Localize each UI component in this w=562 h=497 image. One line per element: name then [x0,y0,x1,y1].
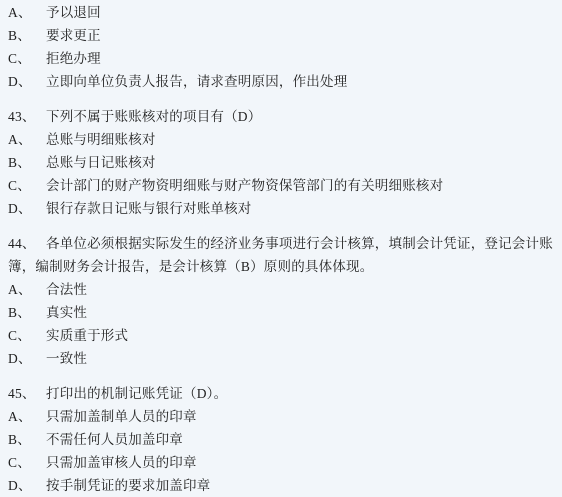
option-text: 总账与明细账核对 [46,132,156,147]
option-label: C、 [8,174,46,197]
question-number: 43、 [8,105,46,128]
option-line: B、总账与日记账核对 [8,151,554,174]
option-line: D、一致性 [8,347,554,370]
option-label: A、 [8,128,46,151]
option-text: 会计部门的财产物资明细账与财产物资保管部门的有关明细账核对 [46,178,443,193]
question-line: 45、打印出的机制记账凭证（D）。 [8,382,554,405]
option-line: A、只需加盖制单人员的印章 [8,405,554,428]
option-text: 总账与日记账核对 [46,155,156,170]
option-label: C、 [8,47,46,70]
option-label: A、 [8,405,46,428]
option-text: 只需加盖审核人员的印章 [46,455,197,470]
option-line: A、合法性 [8,278,554,301]
option-label: B、 [8,24,46,47]
option-label: B、 [8,428,46,451]
option-line: A、予以退回 [8,1,554,24]
option-line: D、按手制凭证的要求加盖印章 [8,474,554,497]
question-text: 各单位必须根据实际发生的经济业务事项进行会计核算，填制会计凭证，登记会计账 簿，… [8,236,553,274]
option-line: C、拒绝办理 [8,47,554,70]
option-line: B、要求更正 [8,24,554,47]
option-text: 立即向单位负责人报告，请求查明原因，作出处理 [46,74,347,89]
exam-document-page: A、予以退回 B、要求更正 C、拒绝办理 D、立即向单位负责人报告，请求查明原因… [0,0,562,497]
option-label: A、 [8,1,46,24]
question-43-block: 43、下列不属于账账核对的项目有（D） A、总账与明细账核对 B、总账与日记账核… [8,105,554,220]
option-text: 实质重于形式 [46,328,128,343]
question-line: 43、下列不属于账账核对的项目有（D） [8,105,554,128]
option-label: C、 [8,324,46,347]
option-text: 不需任何人员加盖印章 [46,432,183,447]
question-number: 44、 [8,232,46,255]
option-label: D、 [8,347,46,370]
option-line: D、银行存款日记账与银行对账单核对 [8,197,554,220]
option-line: A、总账与明细账核对 [8,128,554,151]
option-text: 只需加盖制单人员的印章 [46,409,197,424]
question-number: 45、 [8,382,46,405]
option-label: D、 [8,70,46,93]
option-line: C、实质重于形式 [8,324,554,347]
option-label: B、 [8,151,46,174]
question-42-options-block: A、予以退回 B、要求更正 C、拒绝办理 D、立即向单位负责人报告，请求查明原因… [8,1,554,93]
option-text: 予以退回 [46,5,101,20]
option-text: 合法性 [46,282,87,297]
option-text: 真实性 [46,305,87,320]
question-45-block: 45、打印出的机制记账凭证（D）。 A、只需加盖制单人员的印章 B、不需任何人员… [8,382,554,497]
option-label: B、 [8,301,46,324]
option-label: C、 [8,451,46,474]
question-44-block: 44、各单位必须根据实际发生的经济业务事项进行会计核算，填制会计凭证，登记会计账… [8,232,554,370]
option-label: D、 [8,197,46,220]
option-label: D、 [8,474,46,497]
option-label: A、 [8,278,46,301]
option-line: C、只需加盖审核人员的印章 [8,451,554,474]
question-text: 打印出的机制记账凭证（D）。 [46,386,227,401]
option-text: 一致性 [46,351,87,366]
option-line: B、真实性 [8,301,554,324]
option-text: 按手制凭证的要求加盖印章 [46,478,210,493]
option-text: 银行存款日记账与银行对账单核对 [46,201,252,216]
option-line: D、立即向单位负责人报告，请求查明原因，作出处理 [8,70,554,93]
question-text: 下列不属于账账核对的项目有（D） [46,109,261,124]
question-line: 44、各单位必须根据实际发生的经济业务事项进行会计核算，填制会计凭证，登记会计账… [8,232,554,278]
option-line: B、不需任何人员加盖印章 [8,428,554,451]
option-text: 要求更正 [46,28,101,43]
option-text: 拒绝办理 [46,51,101,66]
option-line: C、会计部门的财产物资明细账与财产物资保管部门的有关明细账核对 [8,174,554,197]
